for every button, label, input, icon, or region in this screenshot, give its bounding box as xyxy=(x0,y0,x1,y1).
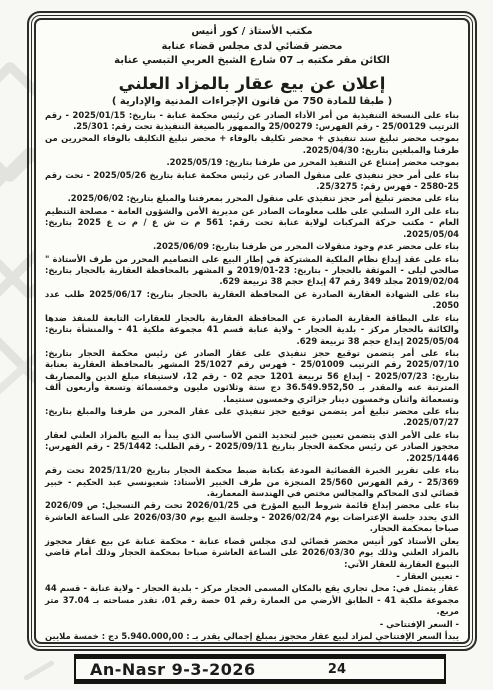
opening-price-heading: - السعر الإفتتاحي - xyxy=(45,619,459,630)
body-paragraph: بناء على محضر تبليغ أمر حجز تنفيذي على م… xyxy=(45,193,459,204)
page-title: إعلان عن بيع عقار بالمزاد العلني xyxy=(45,74,459,93)
body-paragraph: بناء على الرد السلبي على طلب معلومات الص… xyxy=(45,206,459,240)
publication-footer-bar: An-Nasr 9-3-2026 24 xyxy=(74,654,446,684)
notice-body: بناء على النسخة التنفيذية من أمر الأداء … xyxy=(45,110,459,645)
opening-price-paragraph: يبدأ السعر الإفتتاحي لمزاد لبيع عقار محج… xyxy=(45,631,459,644)
body-paragraph: بناء على البطاقة العقارية الصادرة عن الم… xyxy=(45,313,459,347)
property-description: عقار يتمثل في: محل تجاري يقع بالمكان الم… xyxy=(45,583,459,617)
body-paragraph: بموجب محضر إمتناع عن التنفيذ المحرر من ط… xyxy=(45,157,459,168)
body-paragraph: بناء على عقد إيداع نظام الملكية المشتركة… xyxy=(45,254,459,288)
office-role: محضر قضائي لدى مجلس قضاء عنابة xyxy=(45,40,459,55)
body-paragraph: بناء على تقرير الخبرة القضائية المودعة ب… xyxy=(45,465,459,499)
office-address: الكائن مقر مكتبه بـ 07 شارع الشيخ العربي… xyxy=(45,54,459,69)
body-paragraph: بناء على الشهادة العقارية الصادرة عن الم… xyxy=(45,289,459,312)
watermark-stroke xyxy=(23,660,55,681)
body-paragraph: بناء على النسخة التنفيذية من أمر الأداء … xyxy=(45,110,459,133)
body-paragraph: بناء على الأمر الذي يتضمن تعيين خبير لتح… xyxy=(45,430,459,464)
body-paragraph: بناء على أمر يتضمن توقيع حجز تنفيذي على … xyxy=(45,348,459,405)
publication-name-date: An-Nasr 9-3-2026 xyxy=(76,660,256,679)
document-border-frame-mid: مكتب الأستاذ / كور أنيس محضر قضائي لدى م… xyxy=(31,15,473,647)
announcement-paragraph: يعلن الأستاذ كور أنيس محضر قضائي لدى مجل… xyxy=(45,536,459,570)
body-paragraph: بناء على محضر تبليغ أمر يتضمن توقيع حجز … xyxy=(45,406,459,429)
scanned-legal-notice-page: { "doc": { "header": { "line1": "مكتب ال… xyxy=(0,0,493,690)
page-number: 24 xyxy=(328,662,346,677)
document-border-frame: مكتب الأستاذ / كور أنيس محضر قضائي لدى م… xyxy=(27,11,477,651)
body-paragraph: بناء على محضر إيداع قائمة شروط البيع الم… xyxy=(45,500,459,534)
office-header: مكتب الأستاذ / كور أنيس محضر قضائي لدى م… xyxy=(45,25,459,69)
body-paragraph: بناء على محضر عدم وجود منقولات المحرر من… xyxy=(45,241,459,252)
body-paragraph: بناء على أمر حجز تنفيذي على منقول الصادر… xyxy=(45,170,459,193)
property-designation-heading: - تعيين العقار - xyxy=(45,571,459,582)
body-paragraph: بموجب محضر تبليغ سند تنفيذي + محضر تكليف… xyxy=(45,133,459,156)
legal-basis-subtitle: ( طبقا للمادة 750 من قانون الإجراءات الم… xyxy=(45,96,459,107)
office-name: مكتب الأستاذ / كور أنيس xyxy=(45,25,459,40)
document-content: مكتب الأستاذ / كور أنيس محضر قضائي لدى م… xyxy=(34,18,470,644)
